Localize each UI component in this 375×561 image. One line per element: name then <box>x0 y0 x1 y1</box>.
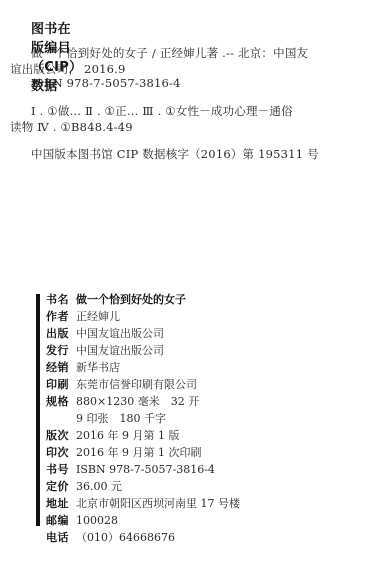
row-label: 规格 <box>46 393 76 409</box>
row-value: 中国友谊出版公司 <box>76 325 164 341</box>
row-printing: 印次 2016 年 9 月第 1 次印刷 <box>46 444 201 460</box>
row-value: 9 印张 180 千字 <box>76 410 166 426</box>
row-phone: 电话 （010）64668676 <box>46 529 175 545</box>
cip-line-classification: Ⅰ . ①做… Ⅱ . ①正… Ⅲ . ①女性－成功心理－通俗 <box>31 103 293 119</box>
row-value: 880×1230 毫米 32 开 <box>76 393 199 409</box>
row-isbn: 书号 ISBN 978-7-5057-3816-4 <box>46 461 215 477</box>
row-publisher: 出版 中国友谊出版公司 <box>46 325 164 341</box>
row-label: 地址 <box>46 495 76 511</box>
cip-line-title: 做一个恰到好处的女子 / 正经婶儿著 .-- 北京：中国友 <box>31 45 308 61</box>
row-format-cont: 9 印张 180 千字 <box>46 410 166 426</box>
row-label: 发行 <box>46 342 76 358</box>
row-value: 正经婶儿 <box>76 308 120 324</box>
row-postcode: 邮编 100028 <box>46 512 118 528</box>
row-value: 东莞市信誉印刷有限公司 <box>76 376 197 392</box>
cip-line-record-number: 中国版本图书馆 CIP 数据核字（2016）第 195311 号 <box>31 146 319 162</box>
row-title: 书名 做一个恰到好处的女子 <box>46 291 186 307</box>
cip-line-isbn: ISBN 978-7-5057-3816-4 <box>31 76 181 90</box>
row-distributor: 发行 中国友谊出版公司 <box>46 342 164 358</box>
row-label: 版次 <box>46 427 76 443</box>
cip-line-classification-cont: 读物 Ⅳ . ①B848.4-49 <box>10 119 133 135</box>
row-label: 印次 <box>46 444 76 460</box>
cip-line-publisher: 谊出版公司， 2016.9 <box>10 61 126 77</box>
row-label: 定价 <box>46 478 76 494</box>
copyright-vertical-bar <box>36 294 40 526</box>
row-value: 2016 年 9 月第 1 版 <box>76 427 179 443</box>
row-address: 地址 北京市朝阳区西坝河南里 17 号楼 <box>46 495 240 511</box>
row-author: 作者 正经婶儿 <box>46 308 120 324</box>
row-price: 定价 36.00 元 <box>46 478 122 494</box>
row-edition: 版次 2016 年 9 月第 1 版 <box>46 427 179 443</box>
row-value: （010）64668676 <box>76 529 175 545</box>
row-label: 出版 <box>46 325 76 341</box>
row-label: 邮编 <box>46 512 76 528</box>
row-seller: 经销 新华书店 <box>46 359 120 375</box>
row-label: 经销 <box>46 359 76 375</box>
row-value: 新华书店 <box>76 359 120 375</box>
row-label: 电话 <box>46 529 76 545</box>
row-value: 100028 <box>76 514 118 527</box>
row-value: 中国友谊出版公司 <box>76 342 164 358</box>
row-value: 北京市朝阳区西坝河南里 17 号楼 <box>76 495 240 511</box>
row-label: 书名 <box>46 291 76 307</box>
row-value: 做一个恰到好处的女子 <box>76 291 186 307</box>
row-value: ISBN 978-7-5057-3816-4 <box>76 463 215 476</box>
row-label: 书号 <box>46 461 76 477</box>
row-label: 作者 <box>46 308 76 324</box>
row-format: 规格 880×1230 毫米 32 开 <box>46 393 199 409</box>
row-value: 2016 年 9 月第 1 次印刷 <box>76 444 201 460</box>
row-value: 36.00 元 <box>76 478 122 494</box>
row-printer: 印刷 东莞市信誉印刷有限公司 <box>46 376 197 392</box>
row-label: 印刷 <box>46 376 76 392</box>
